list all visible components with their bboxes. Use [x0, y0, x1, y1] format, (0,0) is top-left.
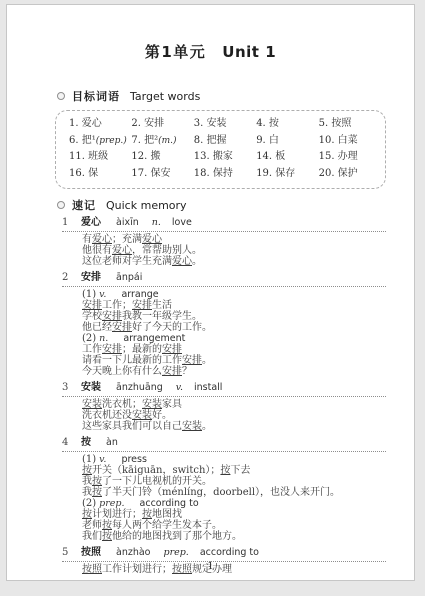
example-line: 这些家具我们可以自己安装。 [82, 421, 386, 432]
entry-body: 有爱心；充满爱心 他很有爱心，常帮助别人。 这位老师对学生充满爱心。 [82, 234, 386, 267]
entry-word: 爱心 [81, 217, 101, 228]
target-word-item: 3. 安装 [194, 116, 256, 133]
example-line: 安装洗衣机；安装家具 [82, 399, 386, 410]
sense-header: (2)prep.according to [82, 498, 386, 509]
target-word-item: 8. 把握 [194, 133, 256, 150]
target-word-item: 15. 办理 [319, 149, 381, 166]
sense-gloss: arrangement [123, 333, 185, 344]
target-word-item: 1. 爱心 [69, 116, 131, 133]
target-word-item: 18. 保持 [194, 166, 256, 183]
sense-gloss: press [121, 454, 146, 465]
page: 第1单元Unit 1 目标词语 Target words 1. 爱心 2. 安排… [6, 4, 415, 581]
example-line: 洗衣机还没安装好。 [82, 410, 386, 421]
target-word-item: 5. 按照 [319, 116, 381, 133]
entry-meaning: according to [200, 547, 259, 558]
target-word-item: 13. 搬家 [194, 149, 256, 166]
entry-meaning: love [172, 217, 192, 228]
entry-pinyin: àn [106, 437, 118, 448]
target-word-item: 2. 安排 [131, 116, 193, 133]
scanned-textbook-page: { "page": { "title_zh": "第1单元", "title_e… [0, 0, 425, 596]
entry-number: 5 [62, 547, 81, 559]
sense-gloss: according to [140, 498, 199, 509]
entry-number: 3 [62, 382, 81, 394]
entry-header: 1爱心àixīnn.love [62, 217, 386, 232]
entry-body: (1)v.arrange 安排工作；安排生活 学校安排我教一年级学生。 他已经安… [82, 289, 386, 377]
sense-pos: v. [99, 454, 106, 465]
entry-word: 安排 [81, 272, 101, 283]
section-bullet-icon [57, 92, 65, 100]
entry: 2安排ānpái (1)v.arrange 安排工作；安排生活 学校安排我教一年… [62, 272, 386, 377]
unit-title: 第1单元Unit 1 [7, 41, 414, 62]
entry-word: 安装 [81, 382, 101, 393]
sense-pos: n. [99, 333, 108, 344]
sense-pos: prep. [99, 498, 124, 509]
example-line: 请看一下儿最新的工作安排。 [82, 355, 386, 366]
section-bullet-icon [57, 201, 65, 209]
entry-pinyin: ànzhào [116, 547, 150, 558]
entry-header: 3安装ānzhuāngv.install [62, 382, 386, 397]
example-line: 这位老师对学生充满爱心。 [82, 256, 386, 267]
example-line: 他很有爱心，常帮助别人。 [82, 245, 386, 256]
example-line: 学校安排我教一年级学生。 [82, 311, 386, 322]
entry-body: 安装洗衣机；安装家具 洗衣机还没安装好。 这些家具我们可以自己安装。 [82, 399, 386, 432]
example-line: 按计划进行；按地图找 [82, 509, 386, 520]
entry-meaning: install [194, 382, 222, 393]
entry-body: (1)v.press 按开关（kāiguān，switch）；按下去 我按了一下… [82, 454, 386, 542]
entry-pos: n. [152, 217, 161, 228]
entry: 3安装ānzhuāngv.install 安装洗衣机；安装家具 洗衣机还没安装好… [62, 382, 386, 432]
target-word-item: 4. 按 [256, 116, 318, 133]
example-line: 安排工作；安排生活 [82, 300, 386, 311]
example-line: 我按了半天门铃（ménlíng，doorbell），也没人来开门。 [82, 487, 386, 498]
heading-zh: 目标词语 [72, 88, 120, 104]
sense-gloss: arrange [121, 289, 158, 300]
sense-header: (1)v.press [82, 454, 386, 465]
example-line: 工作安排；最新的安排 [82, 344, 386, 355]
entry-pos: v. [176, 382, 183, 393]
unit-title-zh: 第1单元 [145, 43, 206, 61]
heading-en: Quick memory [106, 199, 187, 212]
example-line: 老师按每人两个给学生发本子。 [82, 520, 386, 531]
page-number: 1 [7, 561, 414, 572]
target-word-item: 10. 白菜 [319, 133, 381, 150]
example-line: 有爱心；充满爱心 [82, 234, 386, 245]
target-word-item: 7. 把²(m.) [131, 133, 193, 150]
target-word-item: 19. 保存 [256, 166, 318, 183]
target-words-heading: 目标词语 Target words [57, 88, 414, 104]
entry: 1爱心àixīnn.love 有爱心；充满爱心 他很有爱心，常帮助别人。 这位老… [62, 217, 386, 267]
example-line: 按开关（kāiguān，switch）；按下去 [82, 465, 386, 476]
target-word-item: 14. 板 [256, 149, 318, 166]
entry-header: 2安排ānpái [62, 272, 386, 287]
entry-number: 2 [62, 272, 81, 284]
target-word-item: 12. 搬 [131, 149, 193, 166]
target-words-box: 1. 爱心 2. 安排 3. 安装 4. 按 5. 按照 6. 把¹(prep.… [55, 110, 386, 189]
entry-number: 4 [62, 437, 81, 449]
entry-pinyin: ānpái [116, 272, 142, 283]
entry-header: 5按照ànzhàoprep.according to [62, 547, 386, 562]
example-line: 我按了一下儿电视机的开关。 [82, 476, 386, 487]
heading-en: Target words [130, 90, 200, 103]
target-word-item: 6. 把¹(prep.) [69, 133, 131, 150]
entry-number: 1 [62, 217, 81, 229]
sense-pos: v. [99, 289, 106, 300]
target-word-item: 20. 保护 [319, 166, 381, 183]
target-word-item: 9. 白 [256, 133, 318, 150]
example-line: 他已经安排好了今天的工作。 [82, 322, 386, 333]
entry: 4按àn (1)v.press 按开关（kāiguān，switch）；按下去 … [62, 437, 386, 542]
entry-header: 4按àn [62, 437, 386, 452]
example-line: 我们按他给的地图找到了那个地方。 [82, 531, 386, 542]
entry-word: 按照 [81, 547, 101, 558]
entry-word: 按 [81, 437, 91, 448]
target-word-item: 16. 保 [69, 166, 131, 183]
quick-memory-heading: 速记 Quick memory [57, 197, 414, 213]
entry-pinyin: àixīn [116, 217, 139, 228]
target-word-item: 11. 班级 [69, 149, 131, 166]
quick-memory-entries: 1爱心àixīnn.love 有爱心；充满爱心 他很有爱心，常帮助别人。 这位老… [62, 217, 386, 575]
entry-pos: prep. [163, 547, 188, 558]
unit-title-en: Unit 1 [222, 43, 276, 61]
target-word-item: 17. 保安 [131, 166, 193, 183]
sense-header: (2)n.arrangement [82, 333, 386, 344]
heading-zh: 速记 [72, 197, 96, 213]
sense-header: (1)v.arrange [82, 289, 386, 300]
example-line: 今天晚上你有什么安排？ [82, 366, 386, 377]
entry-pinyin: ānzhuāng [116, 382, 163, 393]
